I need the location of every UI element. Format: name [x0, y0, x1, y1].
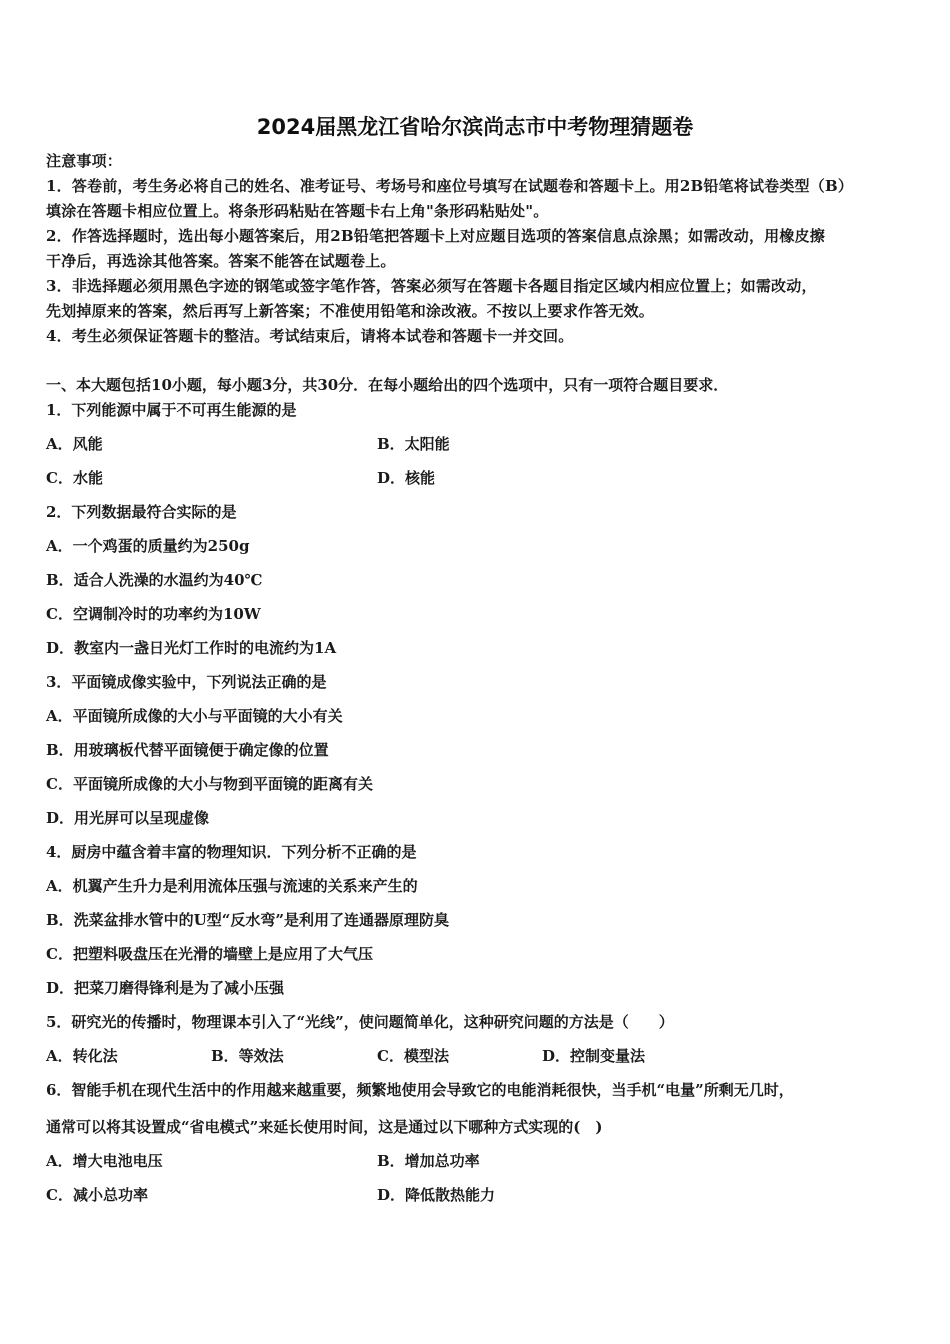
- notice-line-2: 填涂在答题卡相应位置上。将条形码粘贴在答题卡右上角"条形码粘贴处"。: [46, 201, 548, 221]
- question-4-option-d: D．把菜刀磨得锋利是为了减小压强: [46, 978, 284, 998]
- question-1-stem: 1．下列能源中属于不可再生能源的是: [46, 400, 296, 420]
- question-4-option-c: C．把塑料吸盘压在光滑的墙壁上是应用了大气压: [46, 944, 373, 964]
- notice-line-6: 先划掉原来的答案，然后再写上新答案；不准使用铅笔和涂改液。不按以上要求作答无效。: [46, 301, 654, 321]
- question-1-option-c: C．水能: [46, 468, 103, 488]
- question-6-stem-continued: 通常可以将其设置成“省电模式”来延长使用时间，这是通过以下哪种方式实现的( ): [46, 1117, 602, 1137]
- question-3-stem: 3．平面镜成像实验中，下列说法正确的是: [46, 672, 326, 692]
- question-6-option-d: D．降低散热能力: [377, 1185, 495, 1205]
- question-4-option-b: B．洗菜盆排水管中的U型“反水弯”是利用了连通器原理防臭: [46, 910, 449, 930]
- question-3-option-b: B．用玻璃板代替平面镜便于确定像的位置: [46, 740, 329, 760]
- question-4-stem: 4．厨房中蕴含着丰富的物理知识．下列分析不正确的是: [46, 842, 416, 862]
- notice-line-1: 1．答卷前，考生务必将自己的姓名、准考证号、考场号和座位号填写在试题卷和答题卡上…: [46, 176, 853, 196]
- question-2-option-d: D．教室内一盏日光灯工作时的电流约为1A: [46, 638, 336, 658]
- question-2-option-a: A．一个鸡蛋的质量约为250g: [46, 536, 249, 556]
- question-4-option-a: A．机翼产生升力是利用流体压强与流速的关系来产生的: [46, 876, 418, 896]
- document-title: 2024届黑龙江省哈尔滨尚志市中考物理猜题卷: [0, 111, 950, 141]
- question-1-option-b: B．太阳能: [377, 434, 450, 454]
- question-2-stem: 2．下列数据最符合实际的是: [46, 502, 236, 522]
- question-5-option-a: A．转化法: [46, 1046, 118, 1066]
- question-5-option-c: C．模型法: [377, 1046, 449, 1066]
- notice-line-5: 3．非选择题必须用黑色字迹的钢笔或签字笔作答，答案必须写在答题卡各题目指定区域内…: [46, 276, 817, 296]
- notice-line-4: 干净后，再选涂其他答案。答案不能答在试题卷上。: [46, 251, 396, 271]
- question-2-option-c: C．空调制冷时的功率约为10W: [46, 604, 261, 624]
- question-2-option-b: B．适合人洗澡的水温约为40℃: [46, 570, 263, 590]
- question-3-option-d: D．用光屏可以呈现虚像: [46, 808, 209, 828]
- question-1-option-d: D．核能: [377, 468, 435, 488]
- notice-line-3: 2．作答选择题时，选出每小题答案后，用2B铅笔把答题卡上对应题目选项的答案信息点…: [46, 226, 825, 246]
- question-1-option-a: A．风能: [46, 434, 103, 454]
- question-6-stem: 6．智能手机在现代生活中的作用越来越重要，频繁地使用会导致它的电能消耗很快，当手…: [46, 1080, 794, 1100]
- section-header: 一、本大题包括10小题，每小题3分，共30分．在每小题给出的四个选项中，只有一项…: [46, 375, 728, 395]
- question-6-option-a: A．增大电池电压: [46, 1151, 163, 1171]
- question-5-stem: 5．研究光的传播时，物理课本引入了“光线”，使问题简单化，这种研究问题的方法是（…: [46, 1012, 674, 1032]
- question-5-option-d: D．控制变量法: [542, 1046, 645, 1066]
- question-3-option-c: C．平面镜所成像的大小与物到平面镜的距离有关: [46, 774, 373, 794]
- notice-line-7: 4．考生必须保证答题卡的整洁。考试结束后，请将本试卷和答题卡一并交回。: [46, 326, 573, 346]
- question-6-option-b: B．增加总功率: [377, 1151, 480, 1171]
- question-5-option-b: B．等效法: [211, 1046, 284, 1066]
- notice-header: 注意事项：: [46, 151, 122, 171]
- question-6-option-c: C．减小总功率: [46, 1185, 148, 1205]
- exam-page: 2024届黑龙江省哈尔滨尚志市中考物理猜题卷 注意事项： 1．答卷前，考生务必将…: [0, 0, 950, 1344]
- question-3-option-a: A．平面镜所成像的大小与平面镜的大小有关: [46, 706, 343, 726]
